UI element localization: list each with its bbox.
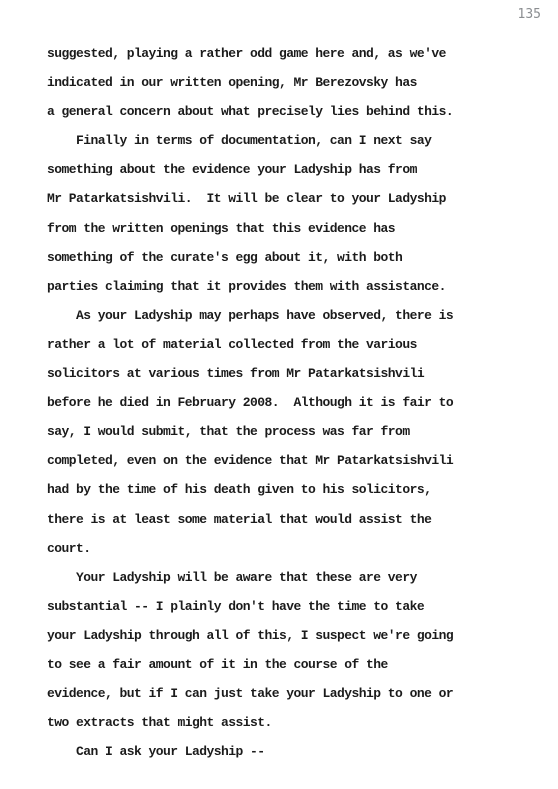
- transcript-line: something of the curate's egg about it, …: [47, 243, 517, 272]
- transcript-line: there is at least some material that wou…: [47, 505, 517, 534]
- transcript-line: Your Ladyship will be aware that these a…: [47, 563, 517, 592]
- transcript-line: substantial -- I plainly don't have the …: [47, 592, 517, 621]
- page-number: 135: [518, 7, 541, 22]
- transcript-line: a general concern about what precisely l…: [47, 97, 517, 126]
- transcript-body: suggested, playing a rather odd game her…: [47, 39, 517, 766]
- transcript-page: 135 suggested, playing a rather odd game…: [0, 0, 558, 789]
- transcript-line: your Ladyship through all of this, I sus…: [47, 621, 517, 650]
- transcript-line: completed, even on the evidence that Mr …: [47, 446, 517, 475]
- transcript-line: parties claiming that it provides them w…: [47, 272, 517, 301]
- transcript-line: indicated in our written opening, Mr Ber…: [47, 68, 517, 97]
- transcript-line: to see a fair amount of it in the course…: [47, 650, 517, 679]
- transcript-line: two extracts that might assist.: [47, 708, 517, 737]
- transcript-line: something about the evidence your Ladysh…: [47, 155, 517, 184]
- transcript-line: Can I ask your Ladyship --: [47, 737, 517, 766]
- transcript-line: As your Ladyship may perhaps have observ…: [47, 301, 517, 330]
- transcript-line: rather a lot of material collected from …: [47, 330, 517, 359]
- transcript-line: Mr Patarkatsishvili. It will be clear to…: [47, 184, 517, 213]
- transcript-line: from the written openings that this evid…: [47, 214, 517, 243]
- transcript-line: Finally in terms of documentation, can I…: [47, 126, 517, 155]
- transcript-line: suggested, playing a rather odd game her…: [47, 39, 517, 68]
- transcript-line: say, I would submit, that the process wa…: [47, 417, 517, 446]
- transcript-line: court.: [47, 534, 517, 563]
- transcript-line: had by the time of his death given to hi…: [47, 475, 517, 504]
- transcript-line: before he died in February 2008. Althoug…: [47, 388, 517, 417]
- transcript-line: solicitors at various times from Mr Pata…: [47, 359, 517, 388]
- transcript-line: evidence, but if I can just take your La…: [47, 679, 517, 708]
